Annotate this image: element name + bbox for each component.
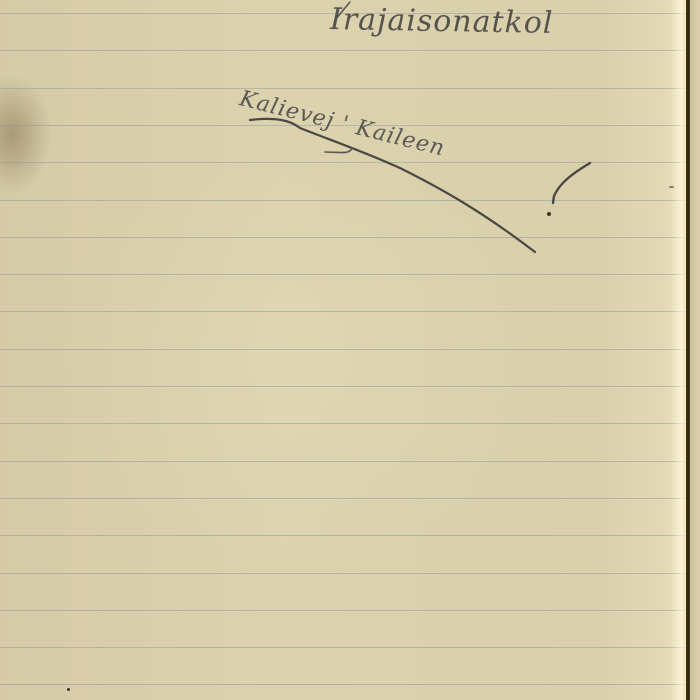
ruled-line [0,461,685,462]
notebook-page: Irajaisonatkol Kalievej ' Kaileen [0,0,700,700]
adjacent-page-edge [690,0,700,700]
ruled-line [0,200,685,201]
ruled-line [0,498,685,499]
ruled-line [0,535,685,536]
ruled-line [0,88,685,89]
ink-dot [547,212,551,216]
ruled-line [0,349,685,350]
page-edge-highlight [672,0,686,700]
ink-dot [669,186,674,188]
ruled-line [0,386,685,387]
ruled-line [0,162,685,163]
ruled-line [0,237,685,238]
ruled-line [0,573,685,574]
ruled-line [0,274,685,275]
ruled-lines [0,0,685,700]
ruled-line [0,423,685,424]
ink-dot [67,688,70,691]
handwritten-heading: Irajaisonatkol [330,2,554,41]
ruled-line [0,50,685,51]
ruled-line [0,610,685,611]
ruled-line [0,647,685,648]
ruled-line [0,311,685,312]
ruled-line [0,684,685,685]
